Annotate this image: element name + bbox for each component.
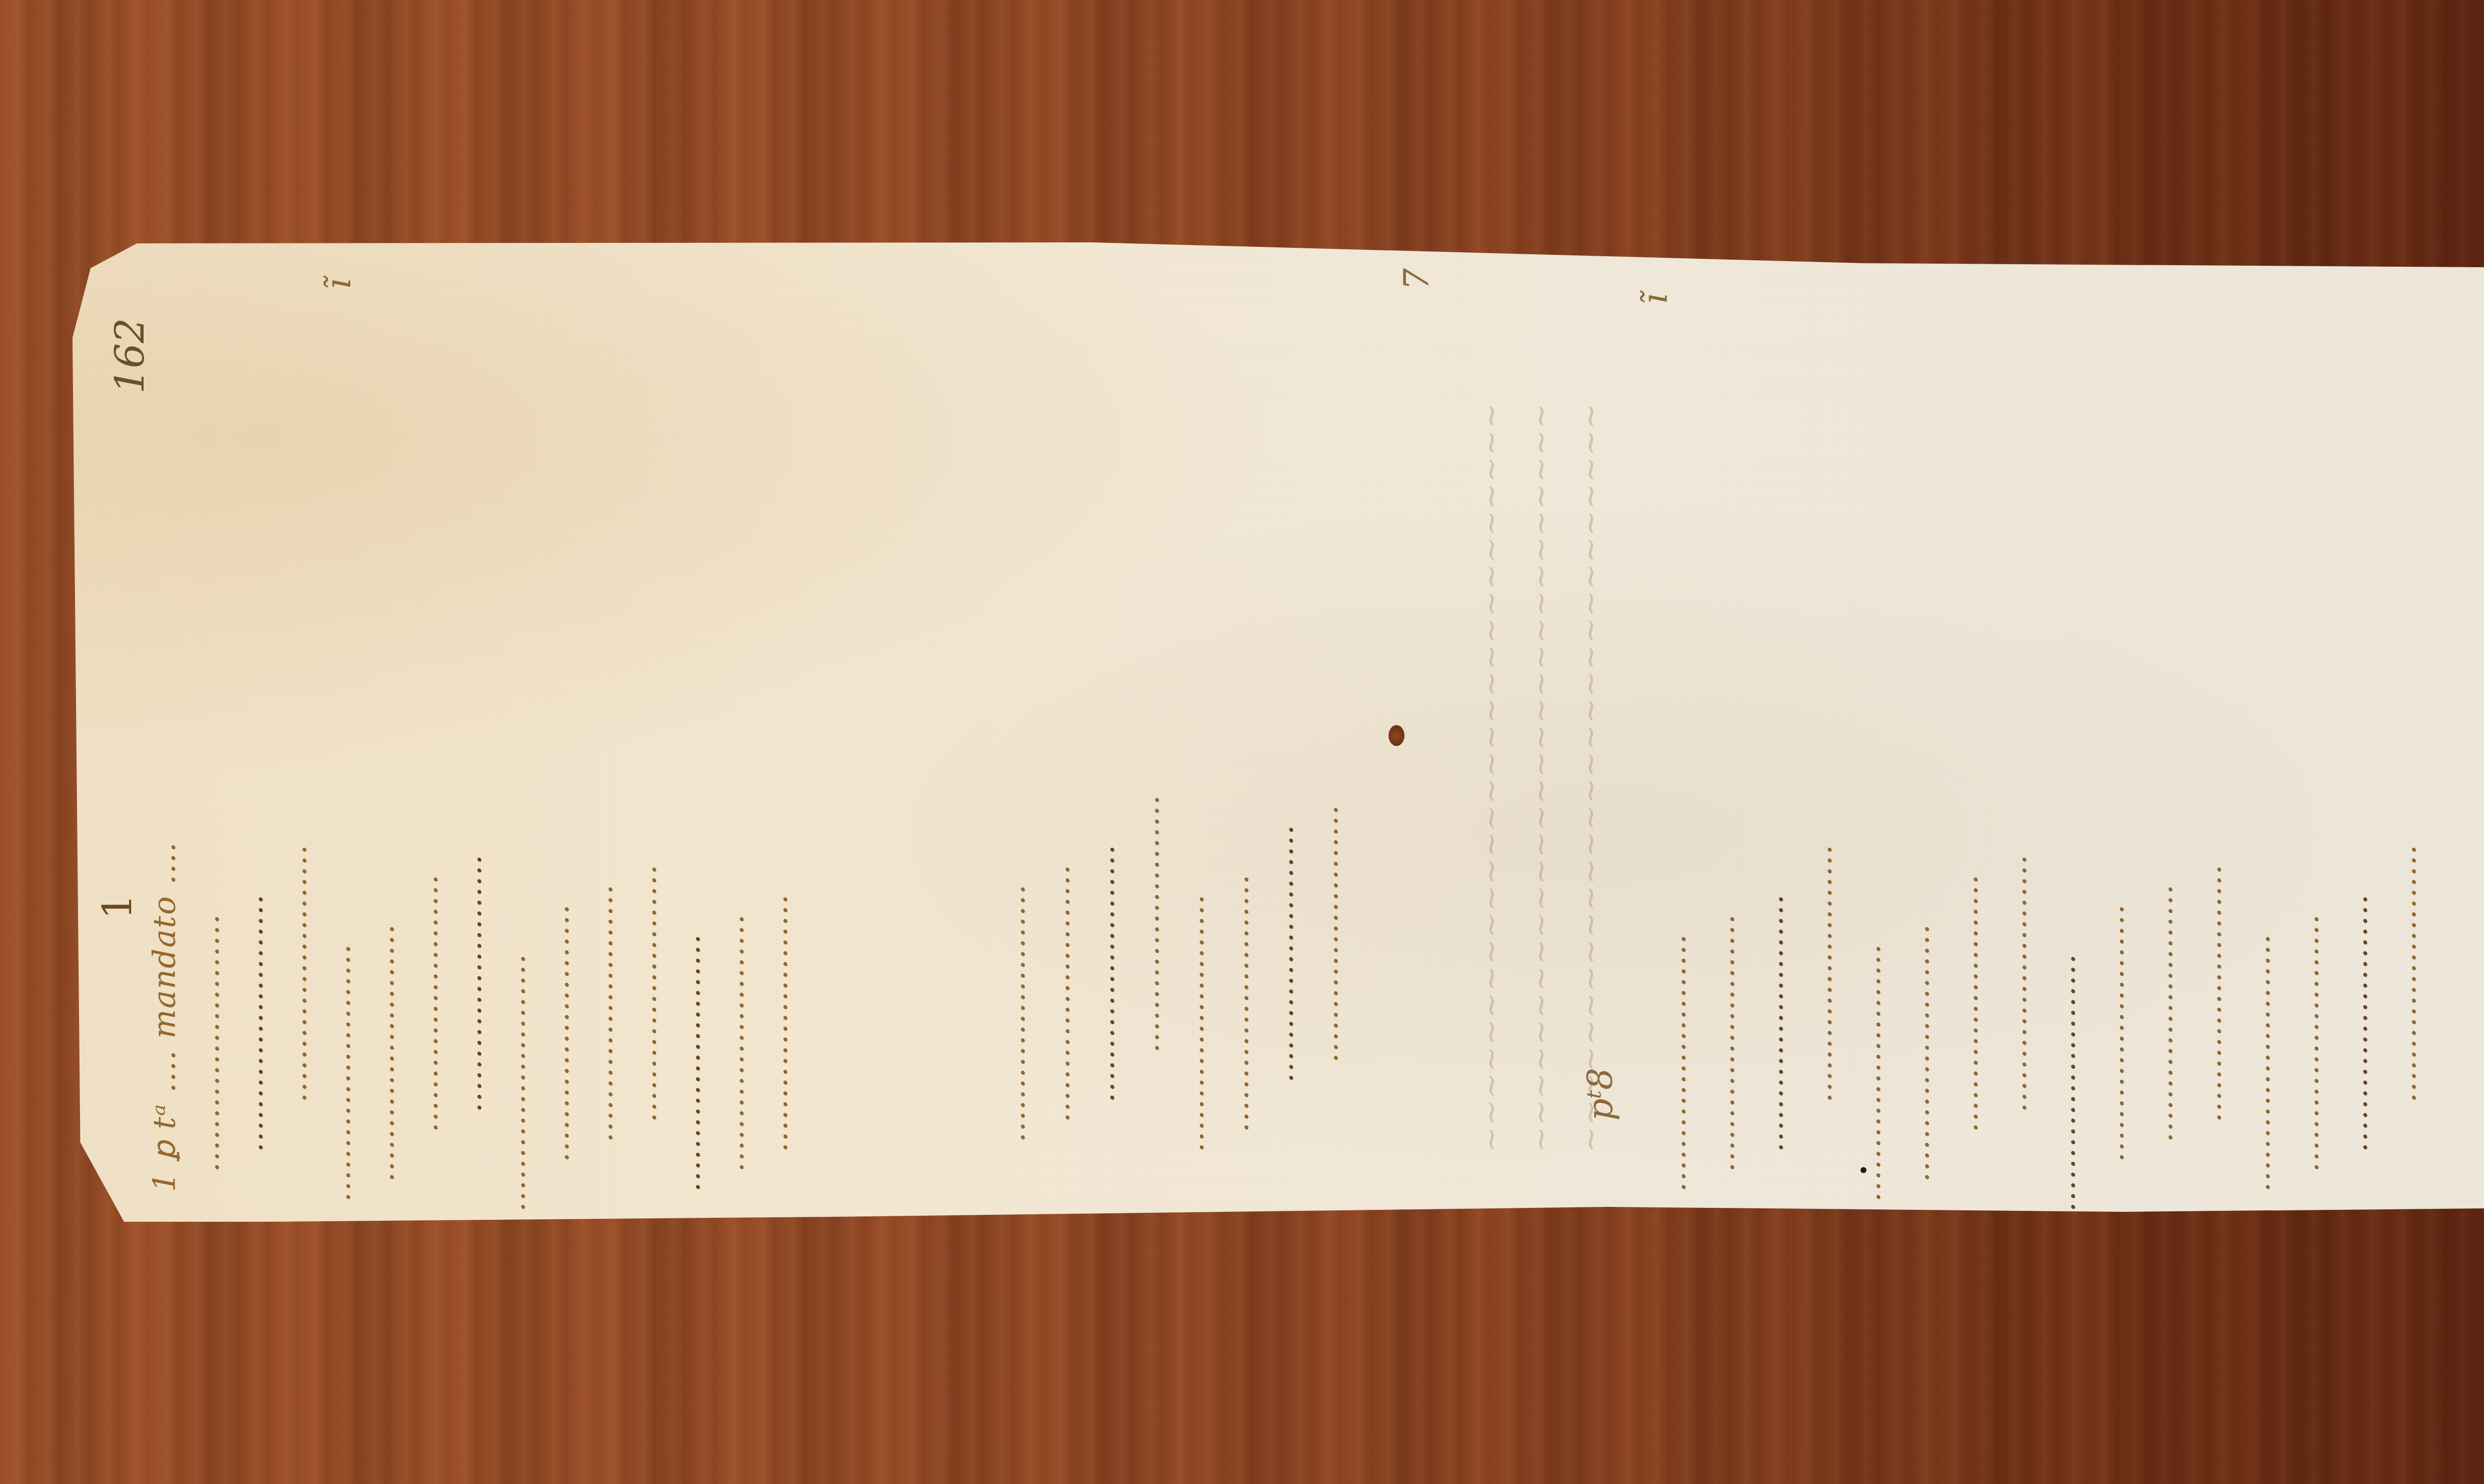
handwritten-line: 1 ꝑ tᵃ .... mandato .... bbox=[149, 308, 180, 1192]
handwritten-line: ........................ bbox=[2195, 397, 2226, 1122]
handwritten-line: ........................ bbox=[455, 318, 486, 1113]
handwritten-line: ........................ bbox=[1951, 377, 1982, 1132]
handwritten-line: ........................ bbox=[999, 387, 1029, 1142]
handwritten-line: ........................ bbox=[586, 318, 617, 1142]
bleed-through-text: ~~~~~~~~~~~~~~~~~~~~~~~~~~~~ bbox=[1475, 308, 1506, 1152]
handwritten-line: ........................ bbox=[280, 308, 311, 1103]
handwritten-line: ........................ bbox=[2049, 397, 2080, 1212]
handwritten-line: ........................ bbox=[674, 308, 704, 1192]
folio-number: 162 bbox=[107, 318, 153, 394]
margin-mark: ĩ bbox=[318, 278, 359, 289]
ink-dot bbox=[1861, 1167, 1866, 1173]
handwritten-line: ........................ bbox=[1854, 387, 1885, 1202]
handwritten-line: ........................ bbox=[2341, 397, 2372, 1152]
handwritten-line: ........................ bbox=[1177, 397, 1208, 1152]
handwritten-line: ........................ bbox=[1903, 397, 1934, 1182]
handwritten-line: ........................ bbox=[1088, 407, 1119, 1103]
handwritten-line: ........................ bbox=[2292, 387, 2323, 1172]
margin-mark: ĩ bbox=[1634, 293, 1675, 304]
handwritten-line: ........................ bbox=[411, 308, 442, 1132]
handwritten-line: ........................ bbox=[717, 318, 748, 1172]
margin-mark: pᵗ8 bbox=[1580, 1068, 1621, 1121]
handwritten-line: ........................ bbox=[1312, 397, 1342, 1063]
handwritten-line: ........................ bbox=[236, 328, 267, 1152]
handwritten-line: ........................ bbox=[1805, 377, 1836, 1103]
line-marker: 1 bbox=[94, 894, 141, 919]
handwritten-line: ........................ bbox=[1708, 387, 1739, 1172]
handwritten-line: ........................ bbox=[630, 328, 661, 1122]
handwritten-line: ........................ bbox=[368, 328, 398, 1182]
handwritten-line: ........................ bbox=[1659, 377, 1690, 1192]
handwritten-line: ........................ bbox=[2390, 377, 2420, 1103]
bleed-through-text: ~~~~~~~~~~~~~~~~~~~~~~~~~~~~ bbox=[1575, 308, 1606, 1152]
handwritten-line: ........................ bbox=[1757, 397, 1787, 1152]
handwritten-line: ........................ bbox=[543, 308, 573, 1162]
bleed-through-text: ~~~~~~~~~~~~~~~~~~~~~~~~~~~~ bbox=[1525, 308, 1556, 1152]
handwritten-line: ........................ bbox=[2000, 387, 2031, 1113]
handwritten-line: ........................ bbox=[324, 318, 355, 1202]
paper-hole bbox=[1389, 725, 1404, 746]
handwritten-line: ........................ bbox=[2097, 377, 2128, 1162]
margin-mark: 7 bbox=[1396, 268, 1437, 291]
handwritten-line: ........................ bbox=[193, 318, 224, 1172]
handwritten-line: ........................ bbox=[1267, 387, 1298, 1083]
wood-table-background: 162 1 1 ꝑ tᵃ .... mandato ..............… bbox=[0, 0, 2484, 1484]
handwritten-line: ........................ bbox=[1222, 407, 1253, 1132]
handwritten-line: ........................ bbox=[761, 328, 792, 1152]
handwritten-line: ........................ bbox=[2146, 387, 2177, 1142]
handwritten-line: ........................ bbox=[499, 328, 530, 1212]
handwritten-line: ........................ bbox=[1043, 397, 1074, 1122]
handwritten-line: ........................ bbox=[1133, 387, 1164, 1053]
handwritten-line: ........................ bbox=[2244, 377, 2274, 1192]
